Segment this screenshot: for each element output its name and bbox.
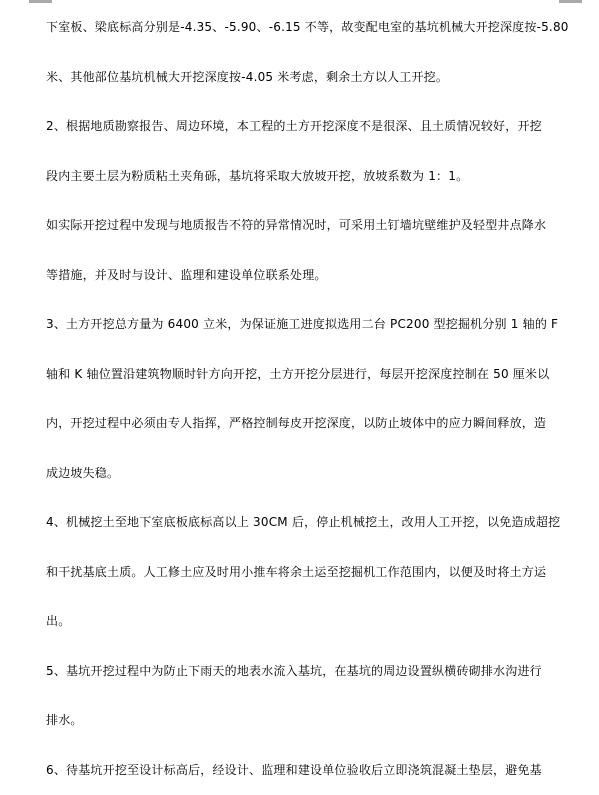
text-line: 米、其他部位基坑机械大开挖深度按-4.05 米考虑，剩余土方以人工开挖。 [46, 53, 579, 103]
text-line: 出。 [46, 597, 579, 647]
text-line: 成边坡失稳。 [46, 449, 579, 499]
text-line: 段内主要土层为粉质粘土夹角砾，基坑将采取大放坡开挖，放坡系数为 1：1。 [46, 152, 579, 202]
text-line: 如实际开挖过程中发现与地质报告不符的异常情况时，可采用土钉墙坑壁维护及轻型井点降… [46, 201, 579, 251]
document-page: 下室板、梁底标高分别是-4.35、-5.90、-6.15 不等，故变配电室的基坑… [0, 0, 599, 795]
text-line: 5、基坑开挖过程中为防止下雨天的地表水流入基坑，在基坑的周边设置纵横砖砌排水沟进… [46, 647, 579, 697]
text-line: 排水。 [46, 696, 579, 746]
text-line: 4、机械挖土至地下室底板底标高以上 30CM 后，停止机械挖土，改用人工开挖，以… [46, 498, 579, 548]
text-line: 内，开挖过程中必须由专人指挥，严格控制每皮开挖深度，以防止坡体中的应力瞬间释放，… [46, 399, 579, 449]
text-line: 3、土方开挖总方量为 6400 立米，为保证施工进度拟选用二台 PC200 型挖… [46, 300, 579, 350]
text-line: 2、根据地质勘察报告、周边环境，本工程的土方开挖深度不是很深、且土质情况较好，开… [46, 102, 579, 152]
text-line: 下室板、梁底标高分别是-4.35、-5.90、-6.15 不等，故变配电室的基坑… [46, 3, 579, 53]
text-line: 轴和 K 轴位置沿建筑物顺时针方向开挖，土方开挖分层进行，每层开挖深度控制在 5… [46, 350, 579, 400]
text-line: 6、待基坑开挖至设计标高后，经设计、监理和建设单位验收后立即浇筑混凝土垫层，避免… [46, 746, 579, 795]
text-line: 和干扰基底土质。人工修土应及时用小推车将余土运至挖掘机工作范围内，以便及时将土方… [46, 548, 579, 598]
text-line: 等措施，并及时与设计、监理和建设单位联系处理。 [46, 251, 579, 301]
document-text-body: 下室板、梁底标高分别是-4.35、-5.90、-6.15 不等，故变配电室的基坑… [46, 3, 579, 795]
